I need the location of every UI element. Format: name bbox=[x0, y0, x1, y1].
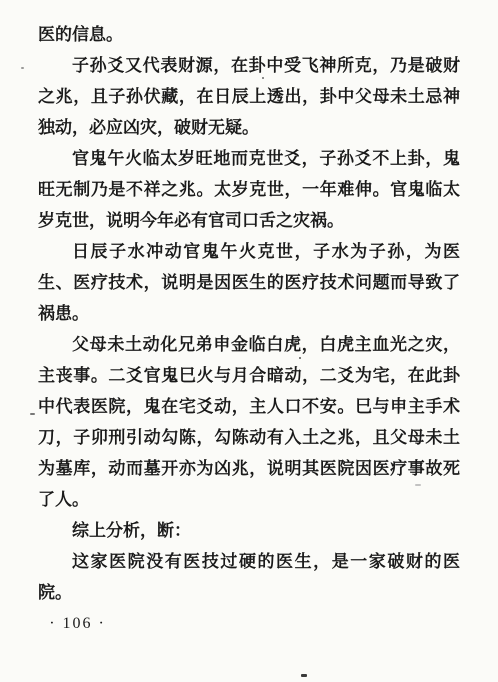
text-line: 旺无制乃是不祥之兆。太岁克世，一年难伸。官鬼临太 bbox=[38, 174, 460, 205]
text-line: 日辰子水冲动官鬼午火克世，子水为子孙，为医 bbox=[38, 236, 460, 267]
text-line: 祸患。 bbox=[38, 298, 460, 329]
text-line: 刀，子卯刑引动勾陈，勾陈动有入土之兆，且父母未土 bbox=[38, 422, 460, 453]
text-line: 官鬼午火临太岁旺地而克世爻，子孙爻不上卦，鬼 bbox=[38, 143, 460, 174]
text-line: 这家医院没有医技过硬的医生，是一家破财的医 bbox=[38, 546, 460, 577]
text-line: 为墓库，动而墓开亦为凶兆，说明其医院因医疗事故死 bbox=[38, 453, 460, 484]
scan-speck bbox=[415, 484, 421, 486]
text-line: 院。 bbox=[38, 577, 460, 608]
text-line: 主丧事。二爻官鬼巳火与月合暗动，二爻为宅，在此卦 bbox=[38, 360, 460, 391]
scan-speck bbox=[262, 77, 264, 79]
page-number: · 106 · bbox=[38, 608, 460, 639]
page-text-block: 医的信息。 子孙爻又代表财源，在卦中受飞神所克，乃是破财 之兆，且子孙伏藏，在日… bbox=[38, 19, 460, 639]
scan-speck bbox=[299, 357, 301, 359]
scan-speck bbox=[30, 413, 35, 415]
text-line: 生、医疗技术，说明是因医生的医疗技术问题而导致了 bbox=[38, 267, 460, 298]
scan-speck bbox=[301, 674, 307, 677]
text-line: 综上分析，断： bbox=[38, 515, 460, 546]
text-line: 岁克世，说明今年必有官司口舌之灾祸。 bbox=[38, 205, 460, 236]
text-line: 了人。 bbox=[38, 484, 460, 515]
text-line: 中代表医院，鬼在宅爻动，主人口不安。巳与申主手术 bbox=[38, 391, 460, 422]
text-line: 子孙爻又代表财源，在卦中受飞神所克，乃是破财 bbox=[38, 50, 460, 81]
scan-speck bbox=[21, 67, 24, 69]
text-line: 独动，必应凶灾，破财无疑。 bbox=[38, 112, 460, 143]
book-page: 医的信息。 子孙爻又代表财源，在卦中受飞神所克，乃是破财 之兆，且子孙伏藏，在日… bbox=[0, 0, 498, 682]
text-line: 父母未土动化兄弟申金临白虎，白虎主血光之灾， bbox=[38, 329, 460, 360]
text-line: 医的信息。 bbox=[38, 19, 460, 50]
text-line: 之兆，且子孙伏藏，在日辰上透出，卦中父母未土忌神 bbox=[38, 81, 460, 112]
